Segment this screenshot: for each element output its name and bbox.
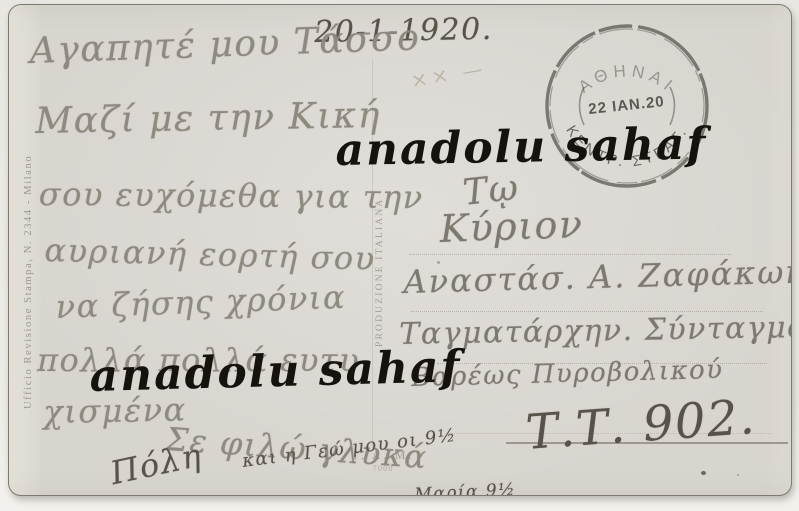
watermark-center: anadolu sahaf (335, 119, 708, 176)
watermark-bottom-left: anadolu sahaf (89, 341, 462, 402)
censor-imprint-text: Ufficio Revisione Stampa, N. 2344 - Mila… (23, 155, 34, 409)
message-line-4: αυριανή εορτή σου (44, 231, 376, 278)
postmark-city-arc: ΑΘΗΝΑΙ (575, 61, 680, 97)
address-postal-code: Τ.Τ. 902. (524, 389, 758, 461)
message-line-2: Μαζί με την Κική (35, 95, 381, 142)
paper-speck (737, 474, 739, 476)
message-line-3: σου ευχόμεθα για την (39, 175, 424, 216)
paper-speck (701, 471, 706, 475)
scanned-postcard-scene: Ufficio Revisione Stampa, N. 2344 - Mila… (0, 0, 799, 511)
bottom-note-3: Μαρία 9½ (414, 480, 517, 496)
address-line-1: Κύριον (439, 202, 584, 251)
bottom-note-1: Πόλη (107, 436, 206, 492)
produzione-imprint-text: PRODUZIONE ITALIANA (375, 198, 385, 347)
postcard-back: Ufficio Revisione Stampa, N. 2344 - Mila… (8, 4, 792, 496)
postmark-date: 22 ΙΑΝ.20 (588, 93, 666, 118)
paper-speck (437, 261, 440, 264)
message-line-1: Αγαπητέ μου Τάσσο (29, 17, 421, 72)
pencil-mark: ×× — (409, 56, 488, 93)
message-line-5: να ζήσης χρόνια (55, 278, 347, 326)
address-line-2: Αναστάσ. Α. Ζαφάκων (403, 252, 792, 301)
